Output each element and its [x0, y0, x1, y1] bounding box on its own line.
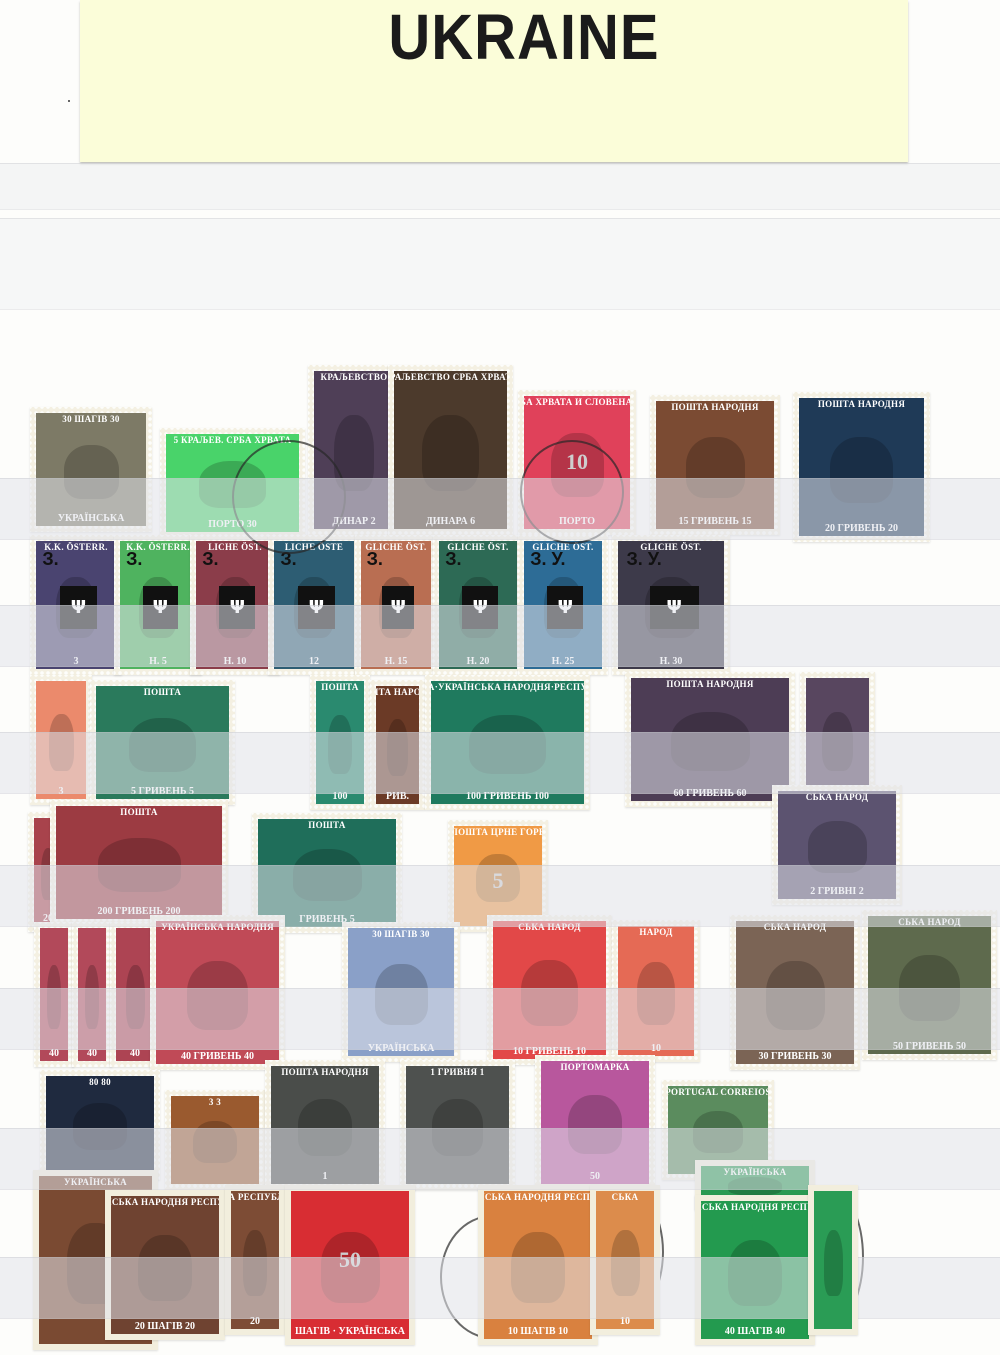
stamp-design: 40	[116, 928, 154, 1061]
stamp-vignette	[637, 962, 675, 1024]
stamp-design: GLICHE ÖST.Н. 25ΨЗ. У.	[524, 541, 602, 669]
stamp-vignette	[293, 849, 362, 901]
trident-overprint-icon: Ψ	[143, 586, 178, 630]
strip	[0, 218, 1000, 310]
stamp: ПОШТА НАРОДНЯ15 ГРИВЕНЬ 15	[650, 395, 780, 535]
stamp-design: 50ШАГІВ · УКРАЇНСЬКА	[291, 1191, 409, 1339]
stamp-top-text: ПОШТА	[144, 686, 181, 697]
stamp: ПОШТА5 ГРИВЕНЬ 5	[90, 680, 235, 805]
stamp-vignette	[321, 1232, 380, 1303]
stamp: СЬКА РЕСПУБЛІКА20	[225, 1185, 285, 1335]
stamp-top-text: СЬКА НАРОД	[518, 921, 580, 932]
stamp: СЬКА10	[590, 1185, 660, 1335]
stamp-vignette	[766, 961, 825, 1030]
stamp: СРБА ХРВАТА И СЛОВЕНАЦА10ПОРТО	[518, 390, 636, 535]
stamp: УКРАЇНСЬКА НАРОДНЯ РЕСПУБЛІКА10 ШАГІВ 10	[478, 1185, 598, 1345]
stamp-design: СЬКА НАРОД2 ГРИВНІ 2	[778, 791, 896, 899]
stamp-design: СЬКА НАРОД10 ГРИВЕНЬ 10	[493, 921, 606, 1059]
stamp-design	[814, 1191, 852, 1329]
stamp-top-text: 80 80	[89, 1076, 111, 1087]
stamp-design: СЬКА РЕСПУБЛІКА20	[231, 1191, 279, 1329]
stamp-denomination: 40	[87, 1048, 97, 1061]
stamp-design: УКРАЇНСЬКА НАРОДНЯ РЕСПУБЛІКА10 ШАГІВ 10	[484, 1191, 592, 1339]
stamp-design: ПОШТА НАРОДНЯ15 ГРИВЕНЬ 15	[656, 401, 774, 529]
stamp-vignette	[298, 1099, 352, 1156]
stamp-top-text: 1 ГРИВНЯ 1	[430, 1066, 484, 1077]
stamp-denomination: 40	[130, 1048, 140, 1061]
stamp: 30 ШАГІВ 30УКРАЇНСЬКА	[342, 922, 460, 1062]
overprint-text: З. У.	[626, 549, 661, 570]
stamp-design: КРАЉЕВСТВОДИНАР 2	[314, 371, 394, 529]
stamp: ПОРТОМАРКА50	[535, 1055, 655, 1190]
stamp-denomination: РИВ.	[386, 791, 409, 804]
stamp: ПОШТА·УКРАЇНСЬКА НАРОДНЯ·РЕСПУБЛІКА100 Г…	[425, 675, 590, 810]
stamp-vignette	[830, 437, 893, 503]
stamp-design: 3 3	[171, 1096, 259, 1184]
stamp-top-text: УКРАЇНСЬКА НАРОДНЯ РЕСПУБЛІКА	[484, 1191, 592, 1202]
overprint-text: З.	[42, 549, 58, 570]
stamp-vignette	[334, 415, 374, 491]
stamp-design: LICHE ÖSTE12ΨЗ.	[274, 541, 354, 669]
overprint-text: З.	[280, 549, 296, 570]
stamp-vignette	[199, 461, 266, 508]
stamp-denomination: Н. 15	[385, 656, 408, 669]
stamp: GLICHE ÖST.Н. 30ΨЗ. У.	[612, 535, 730, 675]
stamp-top-text: ПОШТА	[321, 681, 358, 692]
stamp: GLICHE ÖST.Н. 25ΨЗ. У.	[518, 535, 608, 675]
stamp-vignette	[47, 965, 61, 1029]
stamp-design: K.K. ÖSTERR.Н. 5ΨЗ.	[120, 541, 196, 669]
stamp-vignette	[243, 1230, 267, 1296]
stamp: 40	[72, 922, 112, 1067]
stamp-vignette	[193, 1121, 237, 1163]
stamp-vignette	[476, 854, 520, 902]
trident-overprint-icon: Ψ	[382, 586, 414, 630]
stamp-denomination: ПОРТО	[559, 516, 595, 529]
stamp-vignette	[469, 715, 546, 774]
stamp: УКРАЇНСЬКА НАРОДНЯ РЕСПУБЛІКА20 ШАГІВ 20	[105, 1190, 225, 1340]
stamp-denomination: УКРАЇНСЬКА	[368, 1043, 435, 1056]
country-label-card: UKRAINE	[80, 0, 908, 162]
stamp-design: GLICHE ÖST.Н. 15ΨЗ.	[361, 541, 431, 669]
stamp: СЬКА НАРОД30 ГРИВЕНЬ 30	[730, 915, 860, 1070]
stamp-design: 80 80	[46, 1076, 154, 1174]
stamp-design: ПОШТА·УКРАЇНСЬКА НАРОДНЯ·РЕСПУБЛІКА100 Г…	[431, 681, 584, 804]
stamp-top-text: НАРОД	[639, 926, 672, 937]
stamp: 50ШАГІВ · УКРАЇНСЬКА	[285, 1185, 415, 1345]
stamp-vignette	[824, 1230, 843, 1296]
stamp-design: 40	[78, 928, 106, 1061]
stamp-denomination: 3	[74, 656, 79, 669]
stamp-top-text: ПОШТА НАРОДНЯ	[376, 686, 419, 697]
stamp-vignette	[64, 445, 119, 499]
stamp: СЬКА НАРОД50 ГРИВЕНЬ 50	[862, 910, 997, 1060]
stamp-top-text: СЬКА НАРОД	[898, 916, 960, 927]
stamp-vignette	[432, 1099, 484, 1156]
stamp-top-text: СРБА ХРВАТА И СЛОВЕНАЦА	[524, 396, 630, 407]
stamp: K.K. ÖSTERR.Н. 5ΨЗ.	[114, 535, 202, 675]
overprint-text: З.	[202, 549, 218, 570]
stamp-design: КРАЉЕВСТВО СРБА ХРВАТАДИНАРА 6	[394, 371, 507, 529]
stamp-vignette	[611, 1230, 640, 1296]
stamp: СЬКА НАРОД2 ГРИВНІ 2	[772, 785, 902, 905]
stamp-vignette	[387, 719, 409, 776]
stamp-denomination: 40 ГРИВЕНЬ 40	[181, 1051, 254, 1064]
stamp-top-text: 30 ШАГІВ 30	[62, 413, 119, 424]
overprint-text: З.	[367, 549, 383, 570]
stamp-denomination: Н. 25	[552, 656, 575, 669]
stamp: КРАЉЕВСТВОДИНАР 2	[308, 365, 400, 535]
trident-overprint-icon: Ψ	[650, 586, 699, 630]
stamp-denomination: 5 ГРИВЕНЬ 5	[131, 786, 194, 799]
stamp-design: 3	[36, 681, 86, 799]
stamp-vignette	[73, 1103, 127, 1150]
stamp-top-text: ПОШТА НАРОДНЯ	[671, 401, 758, 412]
stamp-top-text: ПОШТА	[120, 806, 157, 817]
stamp: 5 КРАЉЕВ. СРБА ХРВАТАПОРТО 30	[160, 428, 305, 538]
stamp-design: ПОШТА5 ГРИВЕНЬ 5	[96, 686, 229, 799]
stamp-vignette	[98, 838, 181, 892]
stamp-denomination: 12	[309, 656, 319, 669]
stamp-vignette	[568, 1095, 622, 1154]
stamp-denomination: 100 ГРИВЕНЬ 100	[466, 791, 549, 804]
stamp: УКРАЇНСЬКА НАРОДНЯ РЕСПУБЛІКА40 ШАГІВ 40	[695, 1195, 815, 1345]
stamp-denomination: 30 ГРИВЕНЬ 30	[759, 1051, 832, 1064]
stamp: 30 ШАГІВ 30УКРАЇНСЬКА	[30, 407, 152, 532]
stamp-top-text: ПОШТА·УКРАЇНСЬКА НАРОДНЯ·РЕСПУБЛІКА	[431, 681, 584, 692]
stamp-denomination: 10 ШАГІВ 10	[508, 1326, 568, 1339]
stamp: 3	[30, 675, 92, 805]
stamp-top-text: 3 3	[209, 1096, 221, 1107]
stamp: LICHE ÖST.Н. 10ΨЗ.	[190, 535, 280, 675]
speck	[68, 100, 70, 102]
stamp-top-text: КРАЉЕВСТВО	[321, 371, 388, 382]
stamp-design: ПОШТА НАРОДНЯ60 ГРИВЕНЬ 60	[631, 678, 789, 801]
stamp-design: ПОРТОМАРКА50	[541, 1061, 649, 1184]
stamp-design: ПОШТА НАРОДНЯ1	[271, 1066, 379, 1184]
stamp-denomination: УКРАЇНСЬКА	[58, 513, 125, 526]
stamp: ПОШТА НАРОДНЯ20 ГРИВЕНЬ 20	[793, 392, 930, 542]
stamp-denomination: 40	[49, 1048, 59, 1061]
stamp-vignette	[551, 433, 604, 497]
stamp-vignette	[686, 437, 745, 498]
stamp-vignette	[422, 415, 479, 491]
stamp-design: 1 ГРИВНЯ 1	[406, 1066, 509, 1184]
stamp-design: СЬКА НАРОД50 ГРИВЕНЬ 50	[868, 916, 991, 1054]
stamp: 80 80	[40, 1070, 160, 1180]
stamp: УКРАЇНСЬКА НАРОДНЯ40 ГРИВЕНЬ 40	[150, 915, 285, 1070]
stamp-denomination: Н. 10	[224, 656, 247, 669]
stamp-design: СРБА ХРВАТА И СЛОВЕНАЦА10ПОРТО	[524, 396, 630, 529]
stamp-vignette	[138, 1235, 192, 1301]
stamp-design: GLICHE ÖST.Н. 20ΨЗ.	[439, 541, 517, 669]
stamp-design: 60	[806, 678, 869, 801]
stamp-top-text: ПОРТОМАРКА	[560, 1061, 629, 1072]
stamp-top-text: PORTUGAL CORREIOS	[668, 1086, 768, 1097]
stamp-denomination: 40 ШАГІВ 40	[725, 1326, 785, 1339]
stamp-vignette	[671, 712, 750, 771]
overprint-text: З.	[126, 549, 142, 570]
stamp-vignette	[521, 960, 578, 1026]
stamp-denomination: 10	[620, 1316, 630, 1329]
stamp-design: ПОШТА НАРОДНЯРИВ.	[376, 686, 419, 804]
stamp: LICHE ÖSTE12ΨЗ.	[268, 535, 360, 675]
stamp-denomination: ПОРТО 30	[208, 519, 257, 532]
stamp: НАРОД10	[612, 920, 700, 1062]
stamp: ПОШТА100	[310, 675, 370, 810]
stamp: ПОШТА НАРОДНЯРИВ.	[370, 680, 425, 810]
stamp-denomination: Н. 5	[149, 656, 167, 669]
stamp: ПОШТА НАРОДНЯ60 ГРИВЕНЬ 60	[625, 672, 795, 807]
stamp-design: ПОШТА ЦРНЕ ГОРЕ5	[454, 826, 542, 926]
stamp-design: УКРАЇНСЬКА НАРОДНЯ РЕСПУБЛІКА40 ШАГІВ 40	[701, 1201, 809, 1339]
trident-overprint-icon: Ψ	[547, 586, 583, 630]
stamp-denomination: 20	[250, 1316, 260, 1329]
stamp-vignette	[899, 955, 961, 1021]
stamp-vignette	[728, 1177, 782, 1195]
stamp-design: 40	[40, 928, 68, 1061]
stamp-design: УКРАЇНСЬКА НАРОДНЯ РЕСПУБЛІКА20 ШАГІВ 20	[111, 1196, 219, 1334]
stamp-design: 30 ШАГІВ 30УКРАЇНСЬКА	[348, 928, 454, 1056]
stamp-top-text: СЬКА НАРОД	[806, 791, 868, 802]
stamp-denomination: 50	[590, 1171, 600, 1184]
stamp-vignette	[808, 821, 867, 873]
strip	[0, 163, 1000, 210]
stamp-top-text: ПОШТА НАРОДНЯ	[818, 398, 905, 409]
stamp-top-text: СЬКА РЕСПУБЛІКА	[231, 1191, 279, 1202]
stamp-denomination: ДИНАРА 6	[426, 516, 475, 529]
stamp-denomination: ДИНАР 2	[332, 516, 375, 529]
stamp: GLICHE ÖST.Н. 15ΨЗ.	[355, 535, 437, 675]
stamp-top-text: 5 КРАЉЕВ. СРБА ХРВАТА	[174, 434, 292, 445]
stamp-top-text: СЬКА	[612, 1191, 639, 1202]
stamp-design: ПОШТА НАРОДНЯ20 ГРИВЕНЬ 20	[799, 398, 924, 536]
stamp-denomination: Н. 30	[660, 656, 683, 669]
page-title: UKRAINE	[110, 1, 938, 75]
stamp-design: GLICHE ÖST.Н. 30ΨЗ. У.	[618, 541, 724, 669]
stamp	[808, 1185, 858, 1335]
stamp-vignette	[693, 1111, 743, 1153]
trident-overprint-icon: Ψ	[298, 586, 335, 630]
stamp-design: ПОШТАГРИВЕНЬ 5	[258, 819, 396, 927]
overprint-text: З.	[445, 549, 461, 570]
stamp-design: LICHE ÖST.Н. 10ΨЗ.	[196, 541, 274, 669]
stamp-vignette	[511, 1232, 565, 1303]
stamp-denomination: 3	[59, 786, 64, 799]
stamp-denomination: 50 ГРИВЕНЬ 50	[893, 1041, 966, 1054]
trident-overprint-icon: Ψ	[219, 586, 255, 630]
stamp-vignette	[129, 718, 196, 772]
stamp: 3 3	[165, 1090, 265, 1190]
stamp-vignette	[328, 715, 352, 774]
stamp-top-text: СЬКА НАРОД	[764, 921, 826, 932]
overprint-text: З. У.	[530, 549, 565, 570]
stamp-vignette	[728, 1240, 782, 1306]
stamp-top-text: 30 ШАГІВ 30	[372, 928, 429, 939]
trident-overprint-icon: Ψ	[60, 586, 97, 630]
stamp-vignette	[187, 961, 249, 1030]
stamp-vignette	[85, 965, 99, 1029]
stamp-top-text: ПОШТА НАРОДНЯ	[666, 678, 753, 689]
stamp-design: ПОШТА100	[316, 681, 364, 804]
stamp: GLICHE ÖST.Н. 20ΨЗ.	[433, 535, 523, 675]
stamp-denomination: ШАГІВ · УКРАЇНСЬКА	[295, 1326, 405, 1339]
stamp-top-text: ПОШТА НАРОДНЯ	[281, 1066, 368, 1077]
stamp-vignette	[49, 714, 74, 771]
trident-overprint-icon: Ψ	[462, 586, 498, 630]
stamp: 1 ГРИВНЯ 1	[400, 1060, 515, 1190]
stamp: КРАЉЕВСТВО СРБА ХРВАТАДИНАРА 6	[388, 365, 513, 535]
stamp-denomination: 20 ШАГІВ 20	[135, 1321, 195, 1334]
stamp-top-text: УКРАЇНСЬКА НАРОДНЯ РЕСПУБЛІКА	[111, 1196, 219, 1207]
stamp: 40	[34, 922, 74, 1067]
stamp-design: СЬКА10	[596, 1191, 654, 1329]
stamp-denomination: Н. 20	[467, 656, 490, 669]
stamp-denomination: 100	[333, 791, 348, 804]
stamp-denomination: 60 ГРИВЕНЬ 60	[674, 788, 747, 801]
stamp-vignette	[822, 712, 854, 771]
stamp-top-text: УКРАЇНСЬКА	[724, 1166, 787, 1177]
stamp-vignette	[375, 964, 428, 1025]
stamp-design: УКРАЇНСЬКА НАРОДНЯ40 ГРИВЕНЬ 40	[156, 921, 279, 1064]
stamp: K.K. ÖSTERR.3ΨЗ.	[30, 535, 122, 675]
stamp-top-text: УКРАЇНСЬКА	[64, 1176, 127, 1187]
stamp-design: K.K. ÖSTERR.3ΨЗ.	[36, 541, 116, 669]
stamp-denomination: 1	[323, 1171, 328, 1184]
stamp-design: НАРОД10	[618, 926, 694, 1056]
stamp: ПОШТА НАРОДНЯ1	[265, 1060, 385, 1190]
stamp-top-text: КРАЉЕВСТВО СРБА ХРВАТА	[394, 371, 507, 382]
stamp-top-text: УКРАЇНСЬКА НАРОДНЯ РЕСПУБЛІКА	[701, 1201, 809, 1212]
stamp-top-text: УКРАЇНСЬКА НАРОДНЯ	[161, 921, 274, 932]
stamp-vignette	[126, 965, 145, 1029]
stamp-design: 5 КРАЉЕВ. СРБА ХРВАТАПОРТО 30	[166, 434, 299, 532]
stamp: ПОШТА200 ГРИВЕНЬ 200	[50, 800, 228, 925]
stamp-denomination: 15 ГРИВЕНЬ 15	[679, 516, 752, 529]
stamp-top-text: ПОШТА	[308, 819, 345, 830]
stamp-top-text: ПОШТА ЦРНЕ ГОРЕ	[454, 826, 542, 837]
stamp-denomination: 20 ГРИВЕНЬ 20	[825, 523, 898, 536]
stamp-design: ПОШТА200 ГРИВЕНЬ 200	[56, 806, 222, 919]
stamp-design: СЬКА НАРОД30 ГРИВЕНЬ 30	[736, 921, 854, 1064]
stamp-design: 30 ШАГІВ 30УКРАЇНСЬКА	[36, 413, 146, 526]
stamp: СЬКА НАРОД10 ГРИВЕНЬ 10	[487, 915, 612, 1065]
stamp-denomination: 2 ГРИВНІ 2	[810, 886, 864, 899]
